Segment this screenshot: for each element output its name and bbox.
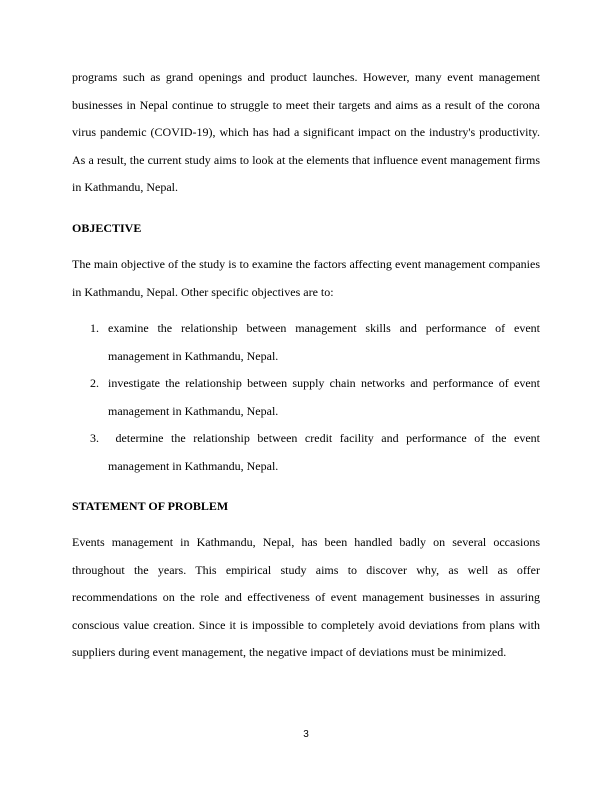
objective-heading-block: OBJECTIVE [72, 221, 540, 235]
objective-item: 2. investigate the relationship between … [72, 370, 540, 425]
objective-item-text: examine the relationship between managem… [108, 321, 540, 363]
problem-heading: STATEMENT OF PROBLEM [72, 499, 540, 513]
objective-heading: OBJECTIVE [72, 221, 540, 235]
objective-item-number: 3. [90, 425, 99, 453]
objectives-list: 1. examine the relationship between mana… [72, 315, 540, 481]
objective-item-number: 1. [90, 315, 99, 343]
intro-section: programs such as grand openings and prod… [72, 64, 540, 202]
objective-item-text: determine the relationship between credi… [108, 431, 540, 473]
problem-heading-block: STATEMENT OF PROBLEM [72, 499, 540, 513]
objective-item: 3. determine the relationship between cr… [72, 425, 540, 480]
objectives-list-block: 1. examine the relationship between mana… [72, 315, 540, 481]
problem-paragraph: Events management in Kathmandu, Nepal, h… [72, 529, 540, 667]
page-number: 3 [0, 729, 612, 740]
objective-section: The main objective of the study is to ex… [72, 251, 540, 306]
objective-item-number: 2. [90, 370, 99, 398]
document-page: programs such as grand openings and prod… [0, 0, 612, 792]
problem-section: Events management in Kathmandu, Nepal, h… [72, 529, 540, 667]
intro-paragraph: programs such as grand openings and prod… [72, 64, 540, 202]
objective-item: 1. examine the relationship between mana… [72, 315, 540, 370]
objective-item-text: investigate the relationship between sup… [108, 376, 540, 418]
objective-paragraph: The main objective of the study is to ex… [72, 251, 540, 306]
